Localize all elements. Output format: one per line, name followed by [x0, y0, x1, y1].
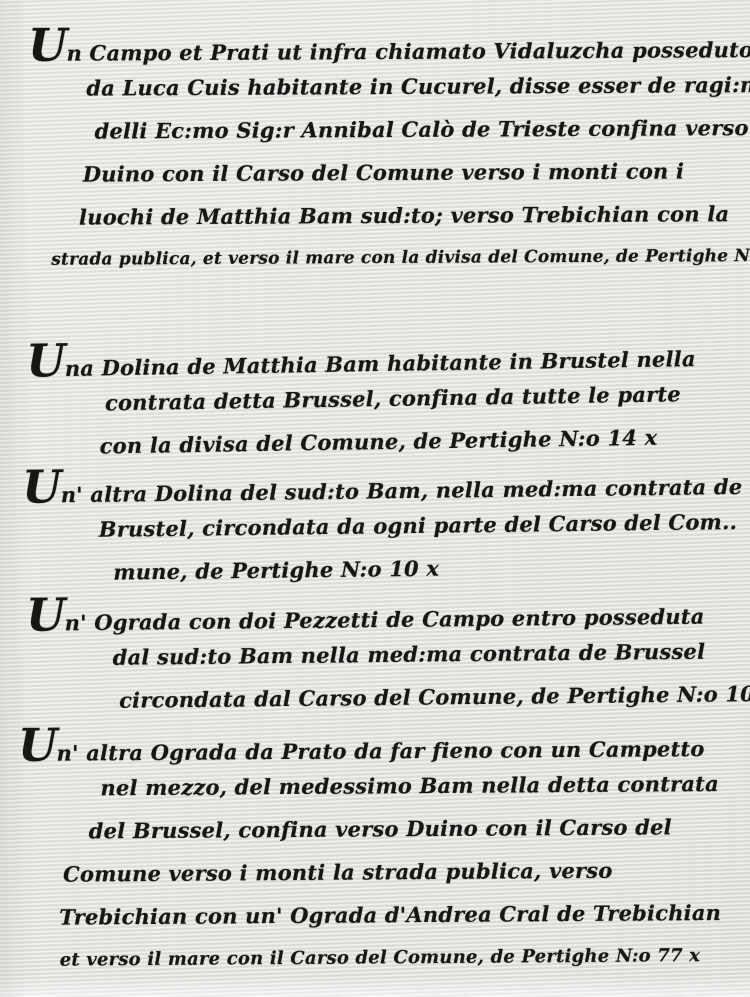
- manuscript-line-measure: strada publica, et verso il mare con la …: [51, 235, 750, 282]
- manuscript-line-measure: et verso il mare con il Carso del Comune…: [59, 934, 750, 982]
- manuscript-line: nel mezzo, del medessimo Bam nella detta…: [100, 762, 750, 810]
- manuscript-scan-page: Un Campo et Prati ut infra chiamato Vida…: [0, 0, 750, 997]
- manuscript-line: Un Campo et Prati ut infra chiamato Vida…: [28, 20, 750, 67]
- manuscript-entry-4: Un' Ograda con doi Pezzetti de Campo ent…: [0, 586, 750, 723]
- manuscript-line: Comune verso i monti la strada publica, …: [63, 848, 750, 896]
- manuscript-line: Brustel, circondata da ogni parte del Ca…: [99, 500, 750, 551]
- manuscript-line-measure: mune, de Pertighe N:o 10 x: [113, 543, 750, 594]
- manuscript-entry-2: Una Dolina de Matthia Bam habitante in B…: [0, 328, 750, 469]
- manuscript-line: Trebichian con un' Ograda d'Andrea Cral …: [59, 891, 750, 939]
- manuscript-line: delli Ec:mo Sig:r Annibal Calò de Triest…: [94, 106, 750, 152]
- manuscript-line: da Luca Cuis habitante in Cucurel, disse…: [86, 63, 750, 109]
- manuscript-line: Un' altra Ograda da Prato da far fieno c…: [18, 719, 750, 767]
- manuscript-entry-3: Un' altra Dolina del sud:to Bam, nella m…: [0, 457, 750, 595]
- manuscript-line: Duino con il Carso del Comune verso i mo…: [83, 149, 750, 195]
- manuscript-line: del Brussel, confina verso Duino con il …: [89, 805, 750, 853]
- manuscript-entry-1: Un Campo et Prati ut infra chiamato Vida…: [0, 20, 750, 282]
- manuscript-line: dal sud:to Bam nella med:ma contrata de …: [112, 629, 750, 679]
- manuscript-line: luochi de Matthia Bam sud:to; verso Treb…: [79, 192, 750, 239]
- manuscript-line-measure: circondata dal Carso del Comune, de Pert…: [119, 672, 750, 722]
- manuscript-line: Un' Ograda con doi Pezzetti de Campo ent…: [26, 586, 750, 637]
- manuscript-entry-5: Un' altra Ograda da Prato da far fieno c…: [0, 719, 750, 982]
